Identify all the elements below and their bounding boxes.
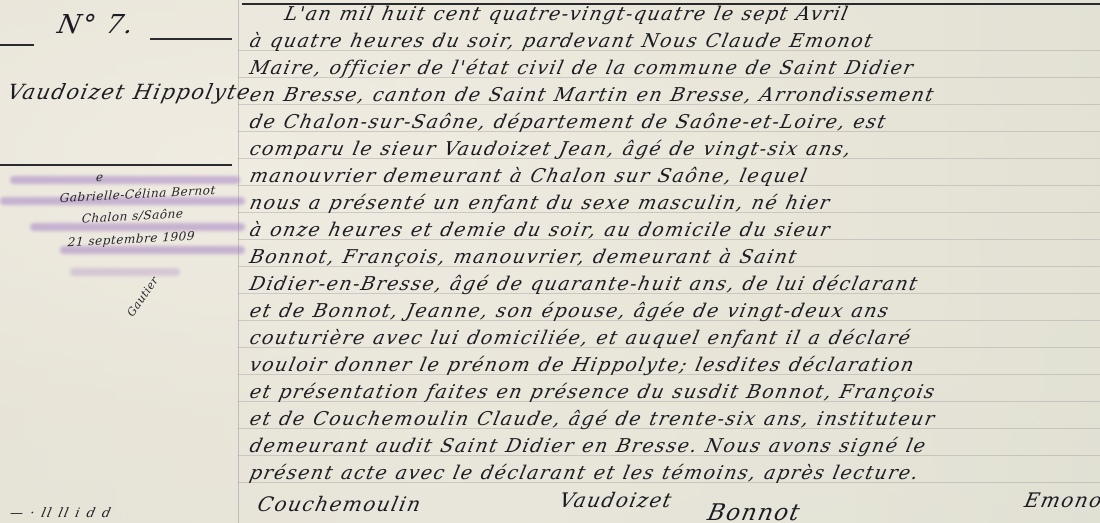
signature-couchemoulin: Couchemoulin bbox=[255, 492, 424, 516]
body-line: vouloir donner le prénom de Hippolyte; l… bbox=[248, 354, 918, 376]
purple-mark bbox=[30, 223, 245, 231]
body-line: demeurant audit Saint Didier en Bresse. … bbox=[248, 435, 929, 457]
signature-emonot: Emonot bbox=[1022, 488, 1100, 512]
margin-name: Vaudoizet Hippolyte bbox=[5, 80, 253, 104]
body-line: en Bresse, canton de Saint Martin en Bre… bbox=[248, 84, 937, 106]
purple-mark bbox=[70, 268, 180, 276]
margin-rule-number bbox=[150, 38, 232, 40]
margin-line bbox=[238, 0, 239, 523]
body-line: couturière avec lui domiciliée, et auque… bbox=[248, 327, 914, 349]
body-line: et présentation faites en présence du su… bbox=[248, 381, 938, 403]
record-number: N° 7. bbox=[55, 10, 138, 40]
body-line: Bonnot, François, manouvrier, demeurant … bbox=[248, 246, 800, 268]
body-line: manouvrier demeurant à Chalon sur Saône,… bbox=[248, 165, 811, 187]
body-line: comparu le sieur Vaudoizet Jean, âgé de … bbox=[248, 138, 854, 160]
body-line: à quatre heures du soir, pardevant Nous … bbox=[248, 30, 876, 52]
margin-rule-separator bbox=[0, 164, 232, 166]
body-line: et de Bonnot, Jeanne, son épouse, âgée d… bbox=[248, 300, 892, 322]
margin-annotation-initials: Gautier bbox=[124, 274, 161, 319]
body-line: L'an mil huit cent quatre-vingt-quatre l… bbox=[283, 3, 852, 25]
body-line: présent acte avec le déclarant et les té… bbox=[248, 462, 922, 484]
signature-vaudoizet: Vaudoizet bbox=[557, 488, 675, 512]
margin-annotation-marker: e bbox=[96, 170, 104, 184]
body-line: Maire, officier de l'état civil de la co… bbox=[248, 57, 917, 79]
body-line: Didier-en-Bresse, âgé de quarante-huit a… bbox=[248, 273, 921, 295]
register-page: N° 7. Vaudoizet Hippolyte e Gabrielle-Cé… bbox=[0, 0, 1100, 523]
body-line: à onze heures et demie du soir, au domic… bbox=[248, 219, 834, 241]
signature-bonnot: Bonnot bbox=[705, 500, 803, 523]
body-line: et de Couchemoulin Claude, âgé de trente… bbox=[248, 408, 938, 430]
body-line: nous a présenté un enfant du sexe mascul… bbox=[248, 192, 833, 214]
body-line: de Chalon-sur-Saône, département de Saôn… bbox=[248, 111, 889, 133]
bottom-left-fragment: — · ll ll i d d bbox=[8, 506, 113, 521]
margin-rule-left bbox=[0, 44, 34, 46]
